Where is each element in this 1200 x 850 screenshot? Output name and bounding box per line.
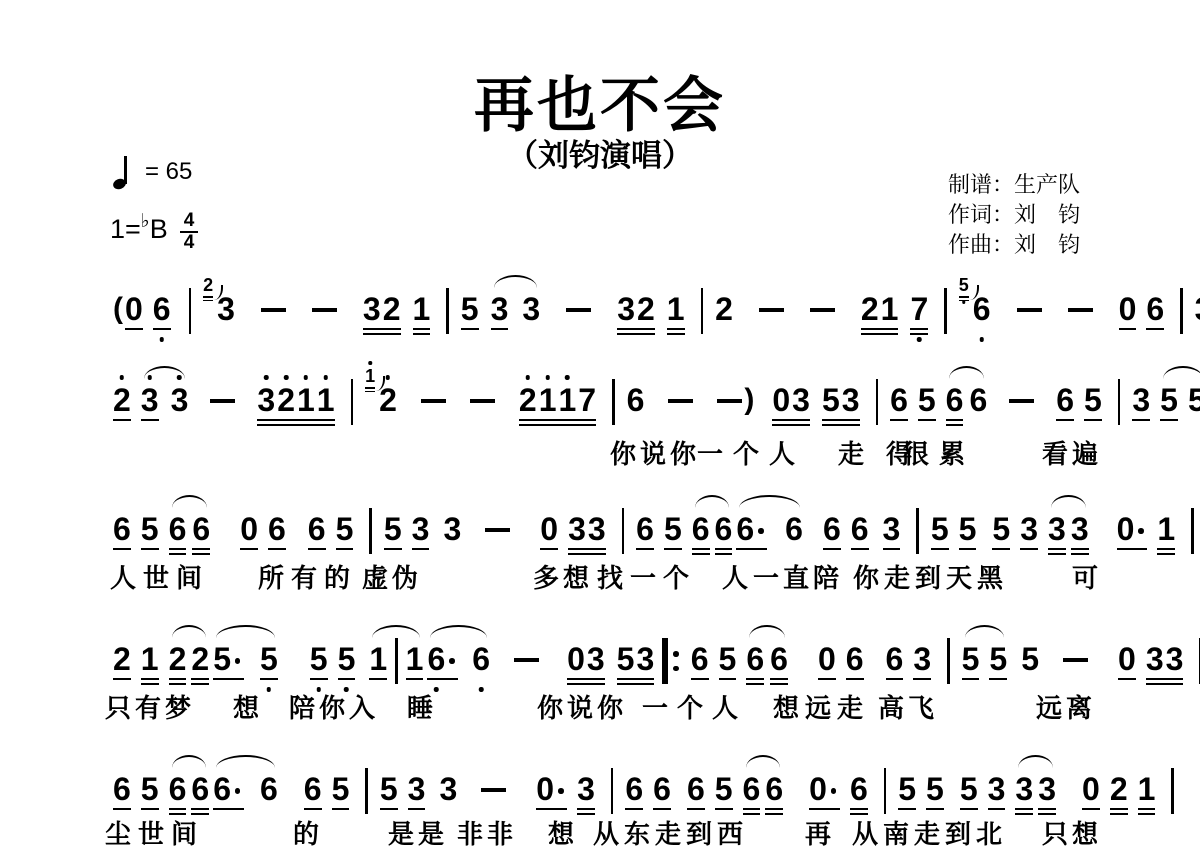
note-digit: 5 [918,383,936,417]
note-digit: 0 [1118,642,1136,676]
note-digit: 0 [772,383,790,417]
note: 5 [926,772,944,806]
note-digit: 5 [332,772,350,806]
slur-group: 66 [692,508,733,546]
lyric-phrase: 一直陪 [753,558,843,595]
note-digit: 3 [587,642,605,676]
note-digit: 3 [1020,512,1038,546]
note: 6 [113,512,131,546]
note: 0 [540,512,558,546]
note: 5 [1021,642,1039,676]
note-digit: 6 [692,512,710,546]
note-digit: 0 [567,642,585,676]
note: 6 [625,772,643,806]
note: 6 [169,512,187,546]
note: 5 [260,642,278,676]
note-digit: 3 [842,383,860,417]
note: 6 [969,383,987,417]
lyric-phrase: 尘世间 [105,814,204,850]
note: 03 [567,642,605,676]
lyric-phrase: 高飞 [878,688,938,725]
note: 6 [973,292,991,326]
dash-note [668,399,693,403]
note-digit: 5 [664,512,682,546]
lyric-phrase: 可 [1072,558,1102,595]
meter-numerator: 4 [180,211,199,233]
note: 5 [898,772,916,806]
dash-note [421,399,446,403]
note: 5 [664,512,682,546]
note-digit: 6 [687,772,705,806]
note: 53 [822,383,860,417]
note-digit: 2 [379,383,397,417]
note: 6 [427,642,458,676]
note-digit [233,642,244,676]
repeat-sign [662,638,679,684]
note-digit: 5 [141,772,159,806]
dash-note [481,788,506,792]
note-digit: 6 [969,383,987,417]
lyric-phrase: 人世间 [110,558,209,595]
note-digit: 3 [568,512,586,546]
dash-note [759,308,784,312]
credit-line: 作曲：刘 钧 [948,230,1080,260]
note-digit: 2 [169,642,187,676]
note: 3 [1132,383,1150,417]
dash-note [1009,399,1034,403]
note: 6 [113,772,131,806]
note-digit: 5 [992,512,1010,546]
note: 0 [1117,512,1148,546]
note-digit: 6 [890,383,908,417]
note: 6 [653,772,671,806]
slur-group: 66 [213,768,278,806]
note: 6 [192,512,210,546]
note-digit: 1 [141,642,159,676]
note-digit: 0 [809,772,827,806]
lyric-phrase: 从南走到北 [852,814,1007,850]
note-digit: 3 [883,512,901,546]
dash-note [261,308,286,312]
barline [611,768,614,814]
note-digit: 3 [913,642,931,676]
note-digit: 5 [959,276,969,295]
note-digit: 5 [959,512,977,546]
note-digit: 6 [770,642,788,676]
note-digit: 0 [536,772,554,806]
note: 5 [719,642,737,676]
note: 2 [1110,772,1128,806]
note-digit: 5 [931,512,949,546]
note-digit: 6 [1146,292,1164,326]
note-digit: 2 [203,276,213,295]
lyric-phrase: 睡 [407,688,437,725]
note: 6 [765,772,783,806]
note: 0 [1118,642,1136,676]
barline [884,768,887,814]
note-digit: 3 [988,772,1006,806]
note-digit: 6 [260,772,278,806]
note: 3 [1195,292,1200,326]
note-digit: 6 [153,292,171,326]
note-digit: 3 [408,772,426,806]
note-digit: 3 [1132,383,1150,417]
note: 0 [818,642,836,676]
note: 6 [746,642,764,676]
note: 6 [169,772,187,806]
note: 6 [946,383,964,417]
grace-note: 5 [959,276,969,295]
note: 1 [1138,772,1156,806]
barline [1191,508,1194,554]
note: 1 [369,642,387,676]
barline [189,288,192,334]
dash-note [210,399,235,403]
slur-group: 66 [169,768,210,806]
note-digit: 2 [519,383,537,417]
note-digit: 3 [1071,512,1089,546]
note: 1 [1157,512,1175,546]
note: 3 [439,772,457,806]
note-digit: 6 [765,772,783,806]
note-digit: 6 [743,772,761,806]
meter-denominator: 4 [180,233,199,253]
note: 3 [443,512,461,546]
note-digit: 6 [746,642,764,676]
note-digit: 3 [792,383,810,417]
note-digit: 1 [297,383,315,417]
note-digit: 0 [1082,772,1100,806]
note-digit: 3 [588,512,606,546]
lyric-phrase: 一个人 [642,688,747,725]
note-digit: 5 [1084,383,1102,417]
note: 6 [823,512,841,546]
barline [916,508,919,554]
note-digit: 1 [406,642,424,676]
note-digit: 6 [304,772,322,806]
barline [446,288,449,334]
note: 21 [861,292,899,326]
lyric-phrase: 所有的 [258,558,357,595]
note: 6 [785,512,803,546]
note: 5 [336,512,354,546]
note-digit: 5 [1021,642,1039,676]
note-digit: 5 [1188,383,1200,417]
dash-note [717,399,742,403]
note: 6 [268,512,286,546]
lyric-phrase: 是是 [388,814,448,850]
note: 6 [846,642,864,676]
note-digit: 1 [365,367,375,386]
note: 6 [1056,383,1074,417]
note: 6 [153,292,171,326]
lyric-phrase: 一个人 [697,434,805,471]
note: 5 [918,383,936,417]
note-digit: 5 [822,383,840,417]
note-digit: 6 [946,383,964,417]
slur-group: 22 [169,638,210,676]
note: 6 [213,772,244,806]
note-digit: 0 [1117,512,1135,546]
barline [1171,768,1174,814]
note-digit: 3 [171,383,189,417]
note-digit: 6 [691,642,709,676]
note: 5 [715,772,733,806]
grace-note: 2 [203,276,213,295]
barline [612,379,615,425]
lyric-phrase: 找一个 [597,558,696,595]
note-digit: 6 [851,512,869,546]
note-digit: 6 [846,642,864,676]
note-digit: 6 [113,772,131,806]
note: 5 [959,512,977,546]
slur-group: 66 [169,508,211,546]
dash-note [1068,308,1093,312]
time-signature: 44 [180,211,199,253]
lyric-phrase: 想 [548,814,578,850]
barline [369,508,372,554]
note-digit: 3 [636,642,654,676]
note-digit: 6 [886,642,904,676]
barline [944,288,947,334]
parenthesis: ( [113,290,123,328]
note: 1 [667,292,685,326]
note: 2 [169,642,187,676]
note: 2 [113,642,131,676]
barline [395,638,398,684]
note-digit: 6 [715,512,733,546]
sheet-music-page: 再也不会 （刘钧演唱） = 65 1=♭B44 制谱：生产队作词：刘 钧作曲：刘… [0,0,1200,850]
notation-row: (0623321533321221756063321 [113,288,1200,350]
note-digit: 5 [1160,383,1178,417]
note: 3 [408,772,426,806]
lyric-phrase: 远离 [1036,688,1096,725]
note: 6 [886,642,904,676]
note-digit: 2 [113,383,131,417]
barline [701,288,704,334]
note: 6 [191,772,209,806]
note: 3 [1015,772,1033,806]
note-digit: 5 [338,642,356,676]
note: 1 [413,292,431,326]
note-digit: 6 [472,642,490,676]
note: 1 [406,642,424,676]
note: 5 [960,772,978,806]
note-digit: 6 [268,512,286,546]
dash-note [1063,658,1088,662]
note-digit: 5 [962,642,980,676]
note-digit: 7 [578,383,596,417]
note: 5 [141,772,159,806]
slur-group: 66 [427,638,490,676]
note: 3 [913,642,931,676]
note-digit: 3 [617,292,635,326]
note: 6 [304,772,322,806]
note-digit: 3 [1166,642,1184,676]
note-digit: 5 [926,772,944,806]
note-digit: 5 [461,292,479,326]
note: 3 [141,383,159,417]
note: 2 [191,642,209,676]
note: 5 [141,512,159,546]
note: 5 [992,512,1010,546]
note-digit: 2 [637,292,655,326]
slur-group: 66 [946,379,988,417]
note-digit: 0 [540,512,558,546]
note-digit: 6 [169,512,187,546]
note: 6 [627,383,645,417]
note-digit: 3 [141,383,159,417]
note-digit: 6 [169,772,187,806]
note: 1 [141,642,159,676]
lyric-phrase: 的 [293,814,323,850]
note-digit: 3 [1048,512,1066,546]
note: 0 [240,512,258,546]
lyric-phrase: 虚伪 [362,558,422,595]
note-digit: 3 [522,292,540,326]
note-digit: 6 [736,512,754,546]
note: 3 [1038,772,1056,806]
lyric-phrase: 你说你 [610,434,700,471]
lyric-phrase: 非非 [457,814,517,850]
note-digit: 5 [960,772,978,806]
note: 6 [770,642,788,676]
lyric-phrase: 想 [233,688,263,725]
note: 5 [989,642,1007,676]
lyric-phrase: 从东走到西 [593,814,748,850]
slur-group: 66 [746,638,788,676]
note: 0 [125,292,143,326]
note-digit: 6 [627,383,645,417]
slur-group: 55 [1160,379,1200,417]
note: 6 [890,383,908,417]
key-prefix: 1= [110,214,141,244]
note: 0 [536,772,567,806]
note-digit: 0 [818,642,836,676]
note: 6 [472,642,490,676]
dash-note [514,658,539,662]
note-digit: 6 [213,772,231,806]
note: 3 [883,512,901,546]
note-digit: 6 [1056,383,1074,417]
note-digit [447,642,458,676]
note-digit: 0 [240,512,258,546]
note-digit: 6 [823,512,841,546]
note: 3 [522,292,540,326]
note-digit: 5 [380,772,398,806]
note-digit: 3 [412,512,430,546]
note-digit: 6 [850,772,868,806]
note-digit: 5 [617,642,635,676]
slur-group: 33 [1015,768,1056,806]
slur-group: 55 [213,638,278,676]
note-digit: 5 [310,642,328,676]
note: 3 [491,292,509,326]
note-digit: 2 [191,642,209,676]
note-digit: 1 [881,292,899,326]
note: 03 [772,383,810,417]
note-digit: 1 [539,383,557,417]
note: 6 [851,512,869,546]
note-digit [556,772,567,806]
note: 5 [380,772,398,806]
note: 3 [1020,512,1038,546]
slur-group: 55 [962,638,1008,676]
note-digit: 6 [192,512,210,546]
note: 5 [1188,383,1200,417]
note-digit: 2 [277,383,295,417]
note-digit: 5 [384,512,402,546]
note: 2 [379,383,397,417]
note-digit: 3 [1146,642,1164,676]
slur-group: 66 [736,508,803,546]
note-digit: 3 [443,512,461,546]
note-digit: 6 [113,512,131,546]
note: 3 [1071,512,1089,546]
note-digit: 3 [439,772,457,806]
barline [876,379,879,425]
note: 6 [1146,292,1164,326]
note-digit: 7 [910,292,928,326]
note-digit: 1 [369,642,387,676]
note: 3 [1048,512,1066,546]
note: 0 [1119,292,1137,326]
note: 5 [962,642,980,676]
lyric-phrase: 想远走 [773,688,869,725]
dash-note [1017,308,1042,312]
lyric-phrase: 只有梦 [105,688,195,725]
note: 2117 [519,383,596,417]
note-digit: 5 [989,642,1007,676]
lyric-phrase: 你走到天黑 [853,558,1008,595]
note-digit: 0 [1119,292,1137,326]
note: 32 [363,292,401,326]
note: 5 [461,292,479,326]
note-digit: 1 [317,383,335,417]
note: 6 [743,772,761,806]
note: 5 [332,772,350,806]
dash-note [312,308,337,312]
note: 0 [1082,772,1100,806]
note-digit [1136,512,1147,546]
note-digit: 5 [260,642,278,676]
note-digit: 3 [491,292,509,326]
note-digit: 6 [625,772,643,806]
note-digit: 3 [577,772,595,806]
note: 3 [412,512,430,546]
note: 3211 [257,383,334,417]
credit-line: 制谱：生产队 [948,170,1080,200]
lyric-phrase: 再 [805,814,835,850]
note: 6 [308,512,326,546]
slur-group: 33 [141,379,189,417]
barline [351,379,354,425]
note-digit: 6 [427,642,445,676]
note-digit: 2 [383,292,401,326]
note: 5 [338,642,356,676]
lyric-phrase: 多想 [533,558,593,595]
barline [1118,379,1121,425]
note: 5 [213,642,244,676]
note-digit: 1 [1157,512,1175,546]
note: 6 [636,512,654,546]
lyric-phrase: 陪你入 [289,688,379,725]
note-digit: 3 [1015,772,1033,806]
note: 32 [617,292,655,326]
barline [1180,288,1183,334]
note: 3 [988,772,1006,806]
note: 6 [687,772,705,806]
